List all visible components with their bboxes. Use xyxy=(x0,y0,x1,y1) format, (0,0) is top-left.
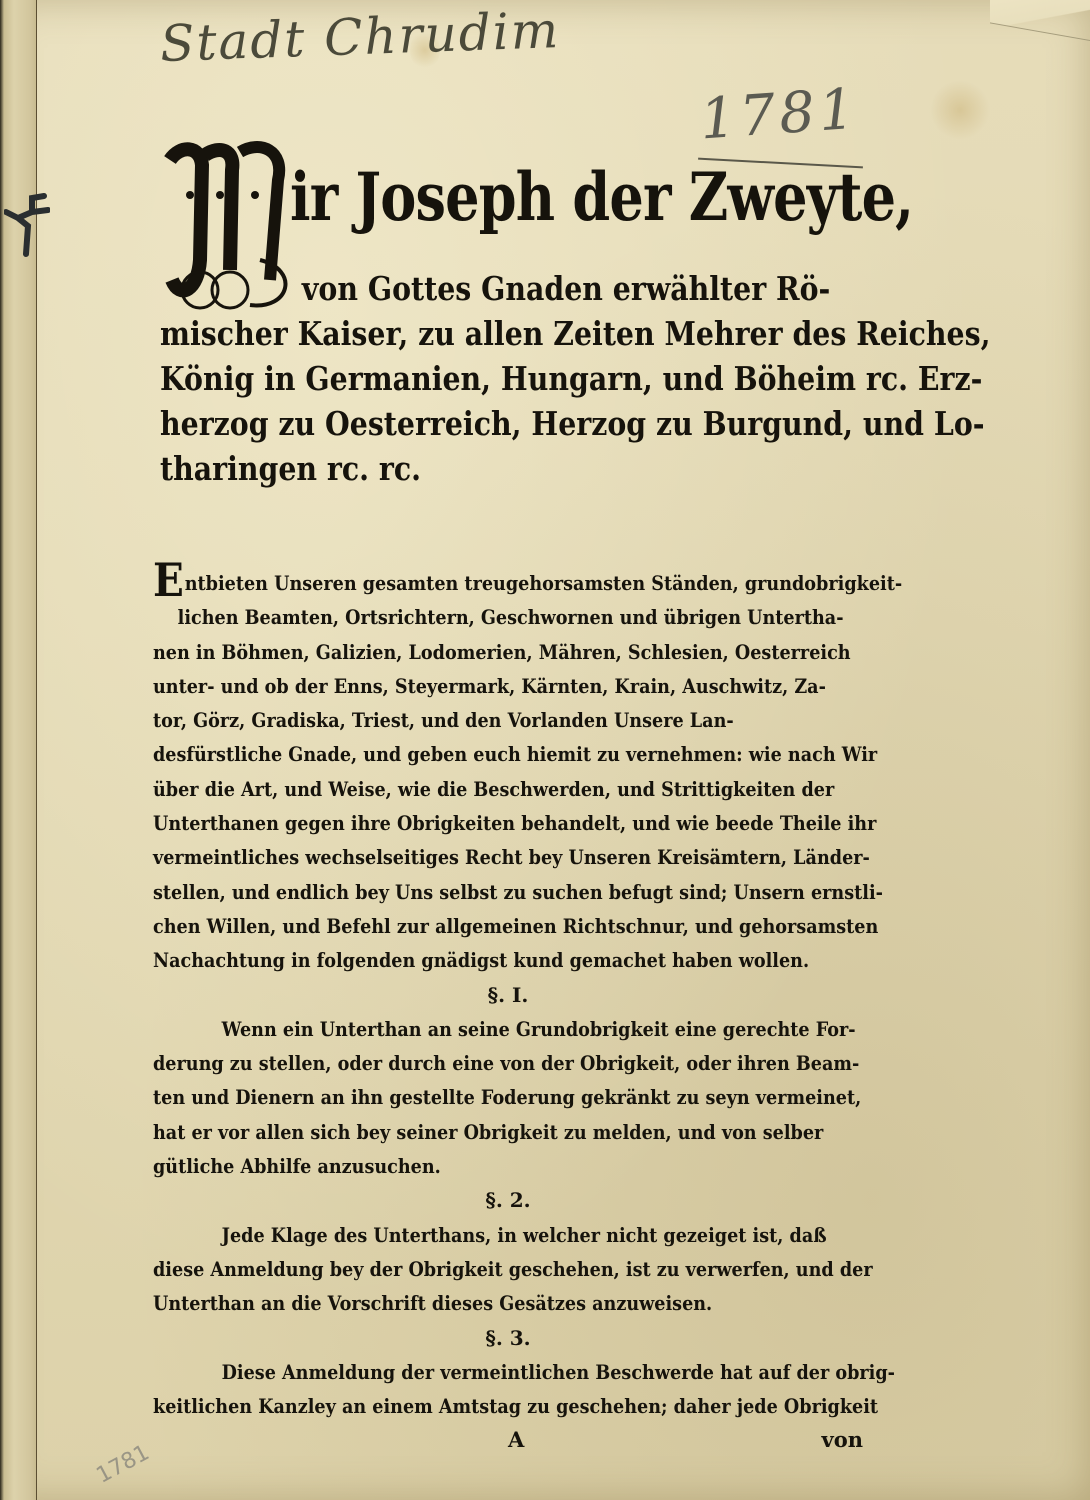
paper-stain xyxy=(930,80,990,140)
body-text: Entbieten Unseren gesamten treugehorsams… xyxy=(153,565,903,1458)
title-line: tharingen rc. rc. xyxy=(160,446,796,491)
title-line: von Gottes Gnaden erwählter Rö- xyxy=(160,266,796,311)
section-1-line: ten und Dienern an ihn gestellte Foderun… xyxy=(153,1080,813,1114)
preamble-line: vermeintliches wechselseitiges Recht bey… xyxy=(153,840,813,874)
preamble-line: Unterthanen gegen ihre Obrigkeiten behan… xyxy=(153,806,813,840)
section-1-line: Wenn ein Unterthan an seine Grundobrigke… xyxy=(153,1012,813,1046)
title-line: König in Germanien, Hungarn, und Böheim … xyxy=(160,356,796,401)
section-2-line: diese Anmeldung bey der Obrigkeit gesche… xyxy=(153,1252,813,1286)
preamble-line: Entbieten Unseren gesamten treugehorsams… xyxy=(153,565,813,600)
preamble-line: chen Willen, und Befehl zur allgemeinen … xyxy=(153,909,813,943)
preamble-line: Nachachtung in folgenden gnädigst kund g… xyxy=(153,943,813,977)
preamble-line: über die Art, und Weise, wie die Beschwe… xyxy=(153,772,813,806)
ink-margin-mark-icon xyxy=(4,190,50,260)
preamble-line: nen in Böhmen, Galizien, Lodomerien, Mäh… xyxy=(153,635,813,669)
section-2-heading: §. 2. xyxy=(153,1183,903,1217)
section-2-line: Unterthan an die Vorschrift dieses Gesät… xyxy=(153,1286,813,1320)
catchword: von xyxy=(822,1423,863,1457)
section-1-line: hat er vor allen sich bey seiner Obrigke… xyxy=(153,1115,813,1149)
preamble-line: stellen, und endlich bey Uns selbst zu s… xyxy=(153,875,813,909)
section-3-line: Diese Anmeldung der vermeintlichen Besch… xyxy=(153,1355,813,1389)
handwritten-year-annotation: 1781 xyxy=(698,77,861,153)
document-page: Stadt Chrudim 1781 1781 ir Joseph der Zw… xyxy=(0,0,1090,1500)
section-3-line: keitlichen Kanzley an einem Amtstag zu g… xyxy=(153,1389,813,1423)
preamble-line: tor, Görz, Gradiska, Triest, und den Vor… xyxy=(153,703,813,737)
page-footer: A von xyxy=(153,1423,903,1457)
signature-mark: A xyxy=(508,1423,524,1457)
handwritten-place-annotation: Stadt Chrudim xyxy=(159,1,561,73)
folded-corner xyxy=(990,0,1090,41)
section-1-line: gütliche Abhilfe anzusuchen. xyxy=(153,1149,813,1183)
title-line: herzog zu Oesterreich, Herzog zu Burgund… xyxy=(160,401,796,446)
section-3-heading: §. 3. xyxy=(153,1321,903,1355)
preamble-line: lichen Beamten, Ortsrichtern, Geschworne… xyxy=(153,600,813,634)
preamble-line: desfürstliche Gnade, und geben euch hiem… xyxy=(153,737,813,771)
title-heading: ir Joseph der Zweyte, xyxy=(290,152,798,242)
pencil-mark: 1781 xyxy=(92,1440,153,1488)
title-continuation: von Gottes Gnaden erwählter Rö- mischer … xyxy=(160,266,900,491)
preamble-line: unter- und ob der Enns, Steyermark, Kärn… xyxy=(153,669,813,703)
section-2-line: Jede Klage des Unterthans, in welcher ni… xyxy=(153,1218,813,1252)
drop-cap-e: E xyxy=(153,565,184,595)
section-1-line: derung zu stellen, oder durch eine von d… xyxy=(153,1046,813,1080)
title-line: mischer Kaiser, zu allen Zeiten Mehrer d… xyxy=(160,311,796,356)
section-1-heading: §. I. xyxy=(153,978,903,1012)
